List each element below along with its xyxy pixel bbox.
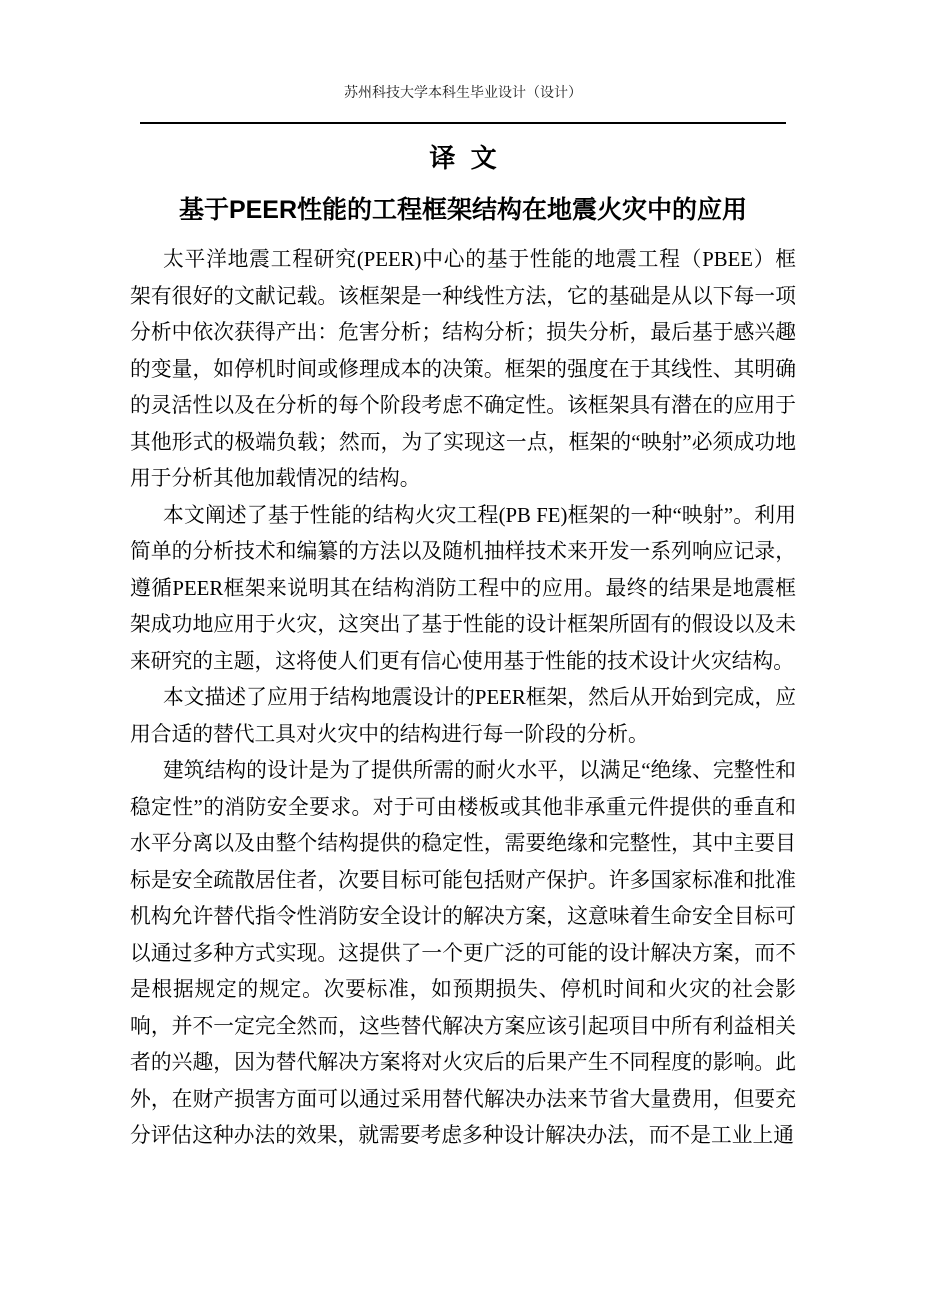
paragraph: 本文描述了应用于结构地震设计的PEER框架，然后从开始到完成，应用合适的替代工具…: [130, 680, 796, 753]
paragraph: 太平洋地震工程研究(PEER)中心的基于性能的地震工程（PBEE）框架有很好的文…: [130, 242, 796, 498]
paragraph: 本文阐述了基于性能的结构火灾工程(PB FE)框架的一种“映射”。利用简单的分析…: [130, 498, 796, 681]
header-divider: [140, 122, 786, 124]
doc-title: 译 文: [0, 143, 926, 174]
paragraph: 建筑结构的设计是为了提供所需的耐火水平，以满足“绝缘、完整性和稳定性”的消防安全…: [130, 753, 796, 1155]
document-page: 苏州科技大学本科生毕业设计（设计） 译 文 基于PEER性能的工程框架结构在地震…: [0, 0, 926, 1309]
page-header: 苏州科技大学本科生毕业设计（设计）: [0, 0, 926, 102]
document-body: 太平洋地震工程研究(PEER)中心的基于性能的地震工程（PBEE）框架有很好的文…: [130, 242, 796, 1155]
page-header-text: 苏州科技大学本科生毕业设计（设计）: [344, 86, 582, 101]
doc-subtitle: 基于PEER性能的工程框架结构在地震火灾中的应用: [0, 195, 926, 226]
